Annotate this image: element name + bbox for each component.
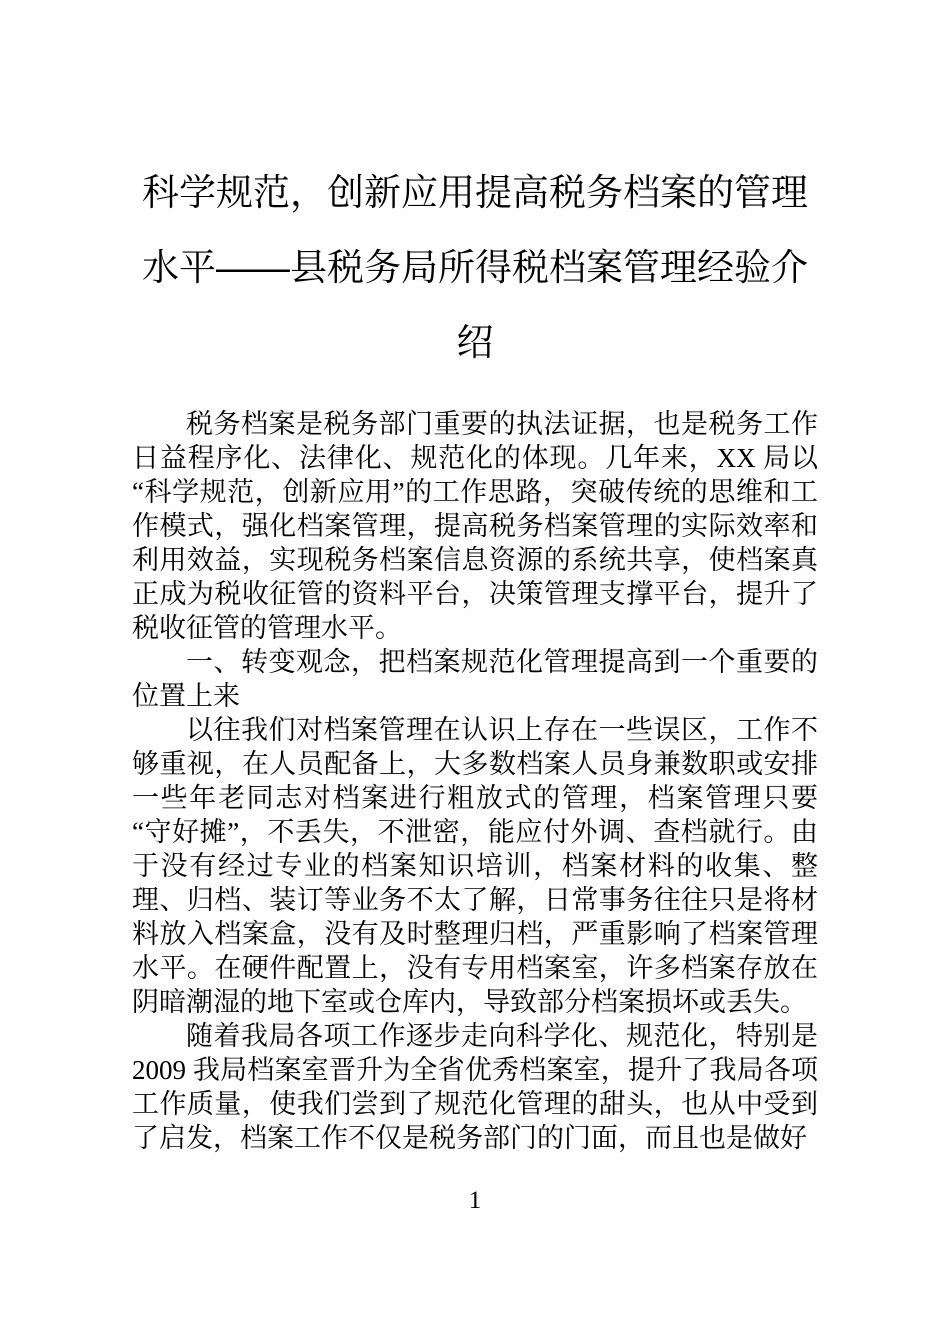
page-number: 1	[0, 1186, 950, 1216]
document-content: 科学规范，创新应用提高税务档案的管理水平——县税务局所得税档案管理经验介绍 税务…	[132, 155, 818, 1155]
paragraph-container: 税务档案是税务部门重要的执法证据，也是税务工作日益程序化、法律化、规范化的体现。…	[132, 407, 818, 1155]
paragraph: 税务档案是税务部门重要的执法证据，也是税务工作日益程序化、法律化、规范化的体现。…	[132, 407, 818, 645]
document-page: 科学规范，创新应用提高税务档案的管理水平——县税务局所得税档案管理经验介绍 税务…	[0, 0, 950, 1344]
document-title: 科学规范，创新应用提高税务档案的管理水平——县税务局所得税档案管理经验介绍	[132, 155, 818, 380]
paragraph: 随着我局各项工作逐步走向科学化、规范化，特别是 2009 我局档案室晋升为全省优…	[132, 1019, 818, 1155]
paragraph: 以往我们对档案管理在认识上存在一些误区，工作不够重视，在人员配备上，大多数档案人…	[132, 713, 818, 1019]
section-heading: 一、转变观念，把档案规范化管理提高到一个重要的位置上来	[132, 645, 818, 713]
